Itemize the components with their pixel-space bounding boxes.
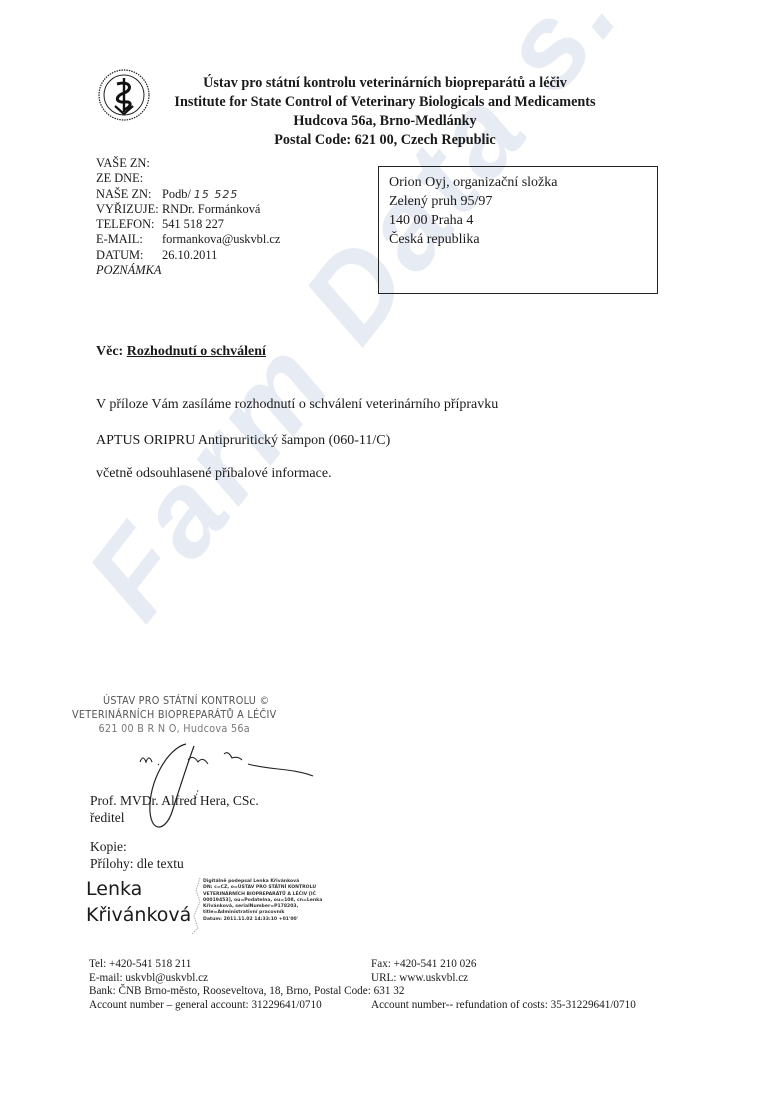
body-paragraph-3: včetně odsouhlasené příbalové informace. bbox=[96, 466, 332, 482]
copies-label: Kopie: bbox=[90, 838, 184, 855]
ref-row-vase-zn: VAŠE ZN: bbox=[96, 156, 280, 171]
footer-account-refund: Account number-- refundation of costs: 3… bbox=[371, 999, 636, 1013]
ref-row-email: E-MAIL: formankova@uskvbl.cz bbox=[96, 232, 280, 247]
dsig-detail-line: Datum: 2011.11.02 14:33:10 +01'00' bbox=[203, 917, 328, 923]
institution-header: Ústav pro státní kontrolu veterinárních … bbox=[150, 74, 620, 150]
subject-label: Věc: bbox=[96, 344, 123, 359]
ref-row-datum: DATUM: 26.10.2011 bbox=[96, 248, 280, 263]
footer-right: Fax: +420-541 210 026 URL: www.uskvbl.cz… bbox=[371, 958, 636, 1012]
copies-block: Kopie: Přílohy: dle textu bbox=[90, 838, 184, 872]
body-paragraph-product: APTUS ORIPRU Antipruritický šampon (060-… bbox=[96, 433, 390, 449]
footer-bank: Bank: ČNB Brno-město, Rooseveltova, 18, … bbox=[89, 985, 404, 999]
attachments-label: Přílohy: dle textu bbox=[90, 855, 184, 872]
ref-label: E-MAIL: bbox=[96, 232, 162, 247]
ref-row-nase-zn: NAŠE ZN: Podb/ 15 525 bbox=[96, 187, 280, 202]
footer-spacer bbox=[371, 985, 636, 999]
subject-title: Rozhodnutí o schválení bbox=[127, 344, 266, 359]
stamp-line: ÚSTAV PRO STÁTNÍ KONTROLU © bbox=[72, 694, 276, 708]
recipient-line: Česká republika bbox=[389, 230, 647, 249]
recipient-line: Zelený pruh 95/97 bbox=[389, 192, 647, 211]
ref-label: DATUM: bbox=[96, 248, 162, 263]
recipient-address-box: Orion Oyj, organizační složka Zelený pru… bbox=[378, 166, 658, 294]
signer-role: ředitel bbox=[90, 809, 259, 826]
ref-label: NAŠE ZN: bbox=[96, 187, 162, 202]
footer-email: E-mail: uskvbl@uskvbl.cz bbox=[89, 972, 404, 986]
ref-label: TELEFON: bbox=[96, 217, 162, 232]
ref-value: 26.10.2011 bbox=[162, 248, 217, 263]
header-line-address: Hudcova 56a, Brno-Medlánky bbox=[150, 112, 620, 131]
recipient-line: 140 00 Praha 4 bbox=[389, 211, 647, 230]
header-line-english: Institute for State Control of Veterinar… bbox=[150, 93, 620, 112]
ref-label: VYŘIZUJE: bbox=[96, 202, 162, 217]
ref-row-vyrizuje: VYŘIZUJE: RNDr. Formánková bbox=[96, 202, 280, 217]
digital-signature-details: Digitálně podepsal Lenka Křivánková DN: … bbox=[203, 879, 328, 923]
dsig-last-name: Křivánková bbox=[86, 902, 191, 928]
ref-note: POZNÁMKA bbox=[96, 263, 280, 278]
footer-fax: Fax: +420-541 210 026 bbox=[371, 958, 636, 972]
digital-signature-name: Lenka Křivánková bbox=[86, 876, 191, 928]
footer-tel: Tel: +420-541 518 211 bbox=[89, 958, 404, 972]
ref-row-ze-dne: ZE DNE: bbox=[96, 171, 280, 186]
stamp-line: VETERINÁRNÍCH BIOPREPARÁTŮ A LÉČIV bbox=[72, 708, 276, 722]
dsig-detail-line: VETERINÁRNÍCH BIOPREPARÁTŮ A LÉČIV [IČ bbox=[203, 892, 328, 898]
snake-cross-emblem-icon bbox=[97, 68, 151, 122]
stamp-line: 621 00 B R N O, Hudcova 56a bbox=[72, 722, 276, 736]
recipient-line: Orion Oyj, organizační složka bbox=[389, 173, 647, 192]
official-stamp: ÚSTAV PRO STÁTNÍ KONTROLU © VETERINÁRNÍC… bbox=[72, 694, 276, 736]
footer-left: Tel: +420-541 518 211 E-mail: uskvbl@usk… bbox=[89, 958, 404, 1012]
ref-label: VAŠE ZN: bbox=[96, 156, 162, 171]
dsig-detail-line: DN: c=CZ, o=ÚSTAV PRO STÁTNÍ KONTROLU bbox=[203, 885, 328, 891]
reference-block: VAŠE ZN: ZE DNE: NAŠE ZN: Podb/ 15 525 V… bbox=[96, 156, 280, 278]
ref-value: RNDr. Formánková bbox=[162, 202, 260, 217]
footer-account-general: Account number – general account: 312296… bbox=[89, 999, 404, 1013]
ref-value: Podb/ bbox=[162, 187, 191, 202]
ref-value: formankova@uskvbl.cz bbox=[162, 232, 280, 247]
footer-url: URL: www.uskvbl.cz bbox=[371, 972, 636, 986]
handwritten-reference-number: 15 525 bbox=[194, 187, 239, 202]
subject-line: Věc: Rozhodnutí o schválení bbox=[96, 344, 266, 360]
ref-value: 541 518 227 bbox=[162, 217, 224, 232]
dsig-first-name: Lenka bbox=[86, 876, 191, 902]
header-line-postal: Postal Code: 621 00, Czech Republic bbox=[150, 131, 620, 150]
signer-block: Prof. MVDr. Alfred Hera, CSc. ředitel bbox=[90, 792, 259, 826]
header-line-czech: Ústav pro státní kontrolu veterinárních … bbox=[150, 74, 620, 93]
body-paragraph-1: V příloze Vám zasíláme rozhodnutí o schv… bbox=[96, 397, 498, 413]
signer-name: Prof. MVDr. Alfred Hera, CSc. bbox=[90, 792, 259, 809]
ref-row-telefon: TELEFON: 541 518 227 bbox=[96, 217, 280, 232]
ref-label: ZE DNE: bbox=[96, 171, 162, 186]
dsig-divider-icon bbox=[190, 876, 204, 936]
